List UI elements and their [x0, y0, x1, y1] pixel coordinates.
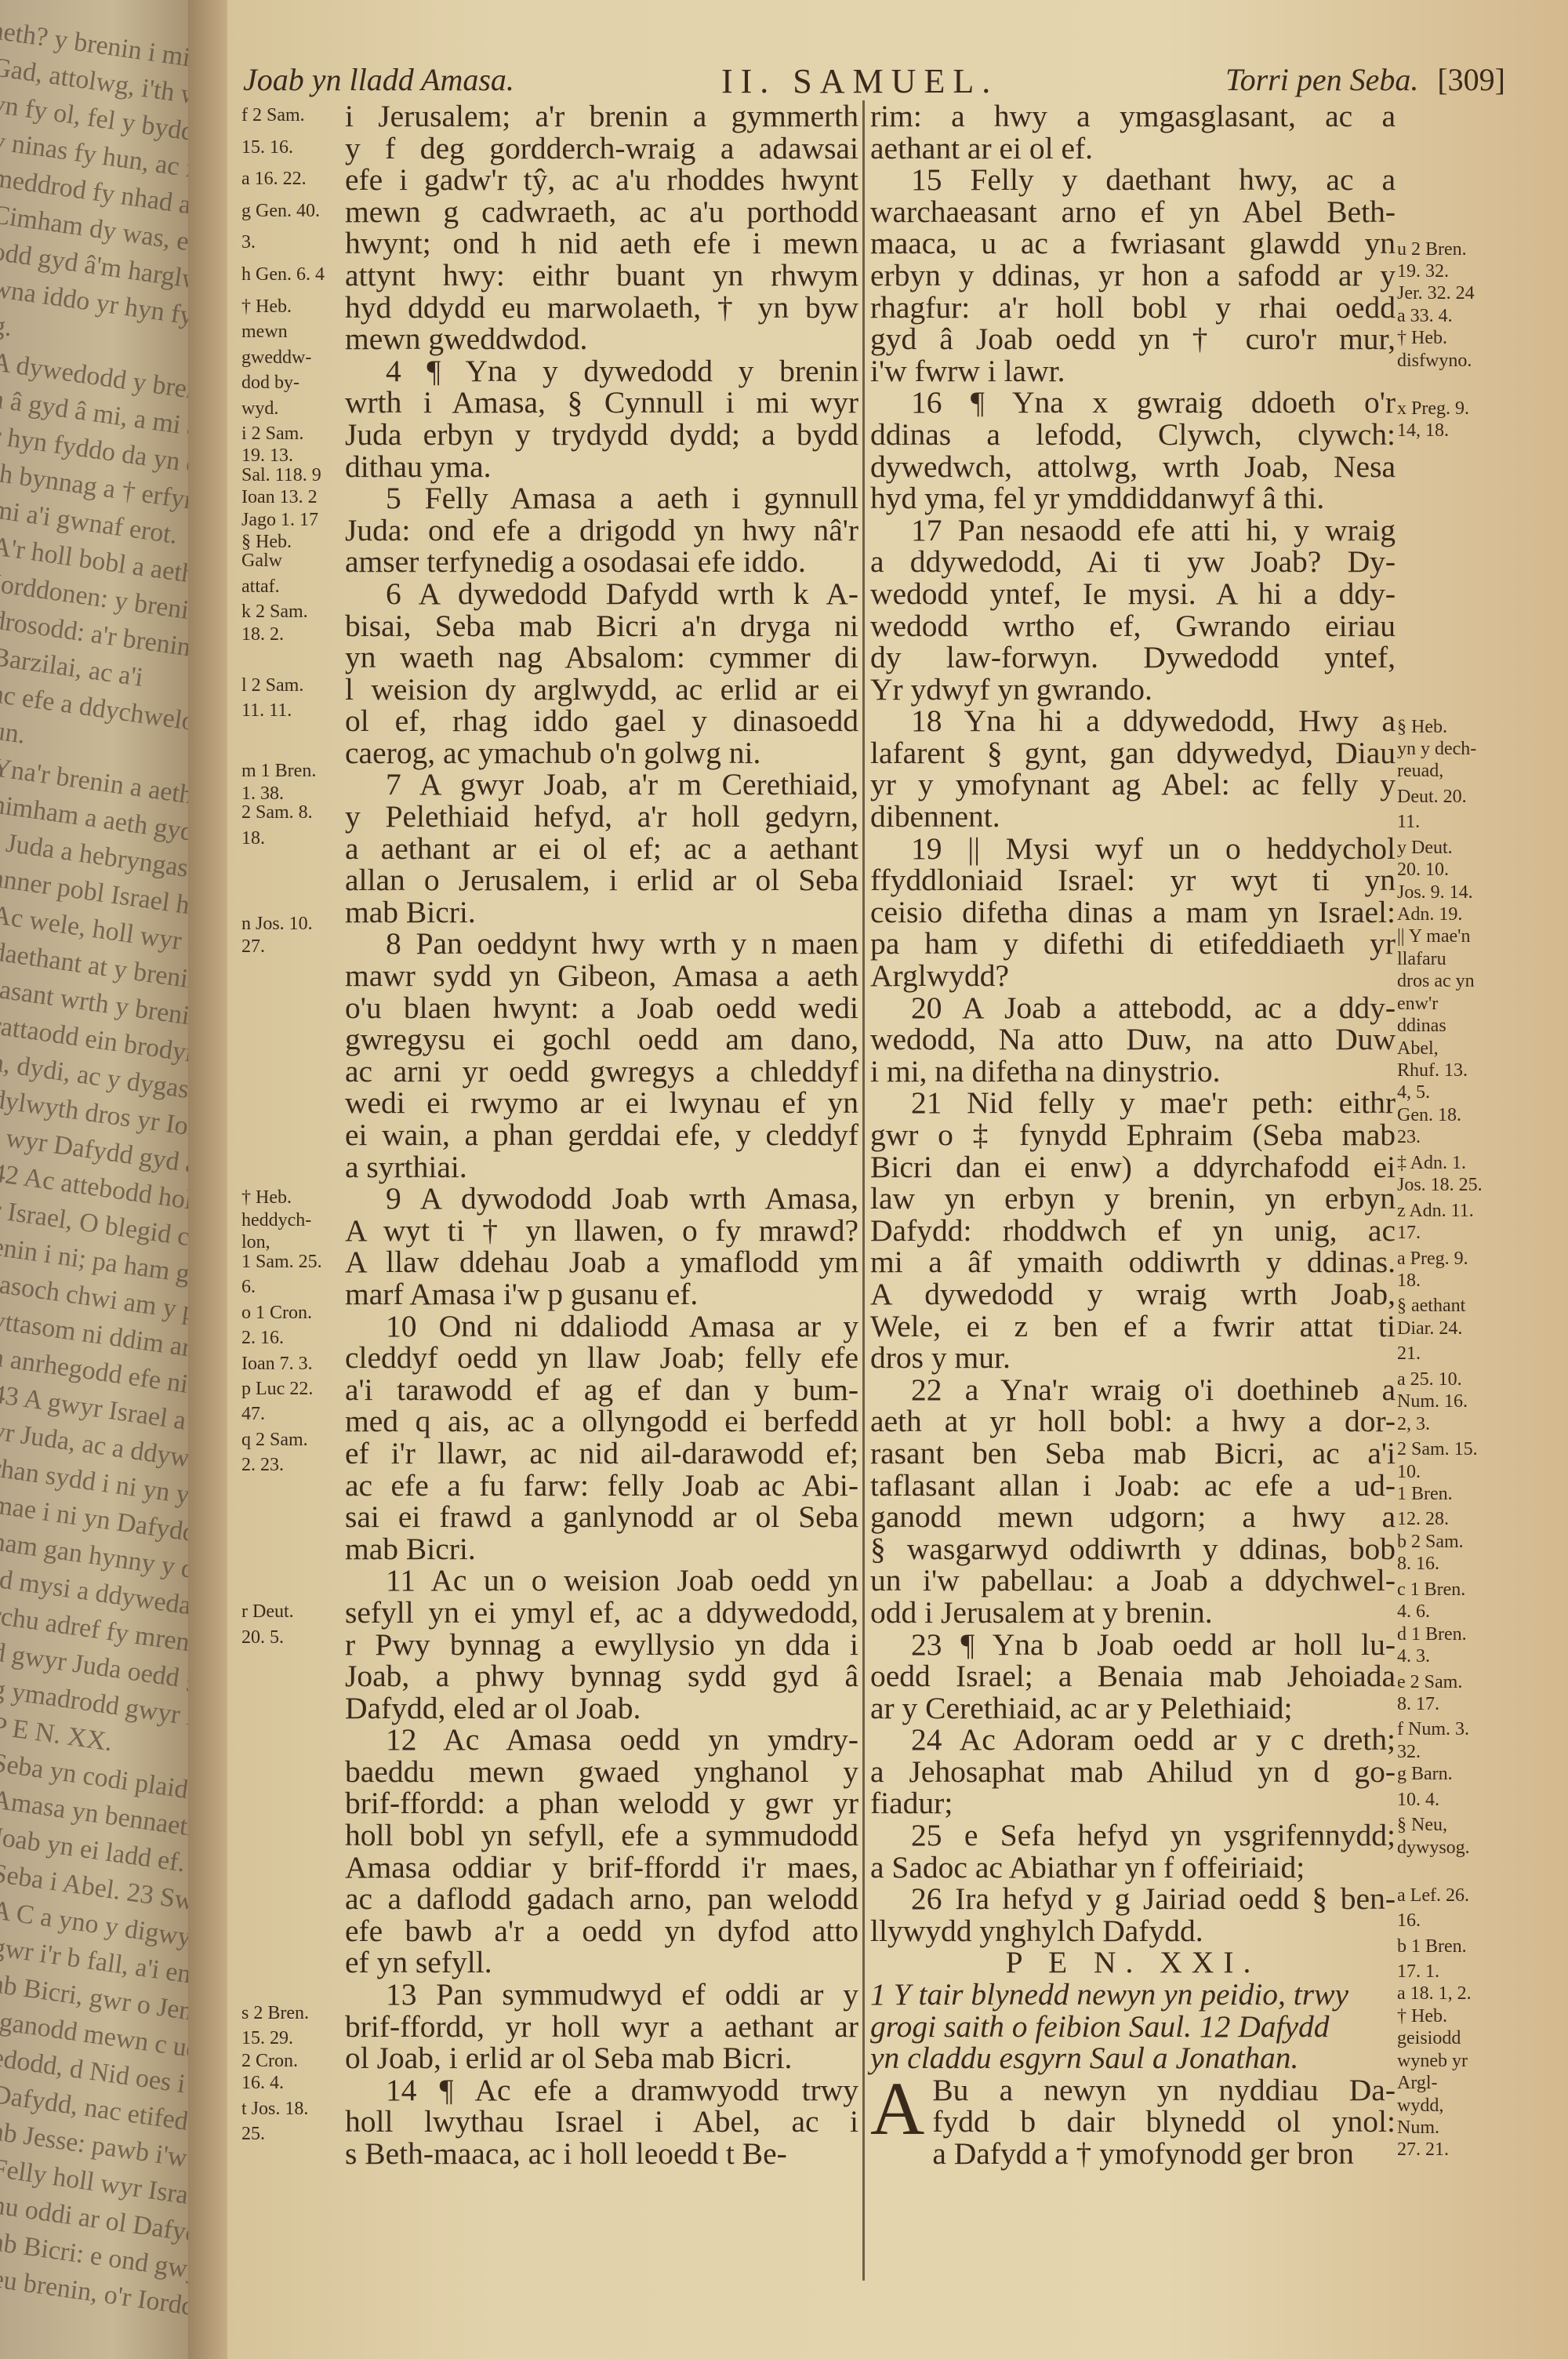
margin-reference: 16. — [1397, 1912, 1421, 1931]
text-line: gwregysu ei gochl oedd am dano, — [345, 1023, 858, 1056]
margin-reference: g Barn. — [1397, 1765, 1453, 1784]
margin-reference: 17. 1. — [1397, 1963, 1439, 1982]
text-line: ac a daflodd gadach arno, pan welodd — [345, 1883, 858, 1915]
text-line: fydd b dair blynedd ol ynol: — [870, 2106, 1396, 2138]
text-line: 23 ¶ Yna b Joab oedd ar holl lu- — [870, 1629, 1396, 1661]
text-line: 5 Felly Amasa a aeth i gynnull — [345, 482, 858, 514]
margin-reference: wyd. — [241, 400, 278, 419]
margin-reference: a 16. 22. — [241, 170, 307, 189]
margin-reference: mewn — [241, 323, 288, 342]
text-line: 6 A dywedodd Dafydd wrth k A- — [345, 578, 858, 610]
chapter-heading: P E N. XXI. — [870, 1946, 1396, 1979]
margin-reference: 17. — [1397, 1224, 1421, 1243]
margin-reference: 6. — [241, 1278, 256, 1297]
summary-line: grogi saith o feibion Saul. 12 Dafydd — [870, 2011, 1396, 2043]
text-line: wrth i Amasa, § Cynnull i mi wyr — [345, 387, 858, 419]
margin-reference: a 33. 4. — [1397, 307, 1453, 326]
text-line: A llaw ddehau Joab a ymaflodd ym — [345, 1246, 858, 1278]
text-line: maaca, u ac a fwriasant glawdd yn — [870, 227, 1396, 260]
margin-reference: llafaru — [1397, 951, 1446, 969]
margin-reference: geisiodd — [1397, 2030, 1461, 2048]
margin-reference: 15. 29. — [241, 2030, 293, 2048]
margin-reference: 18. 2. — [241, 626, 284, 645]
margin-reference: d 1 Bren. — [1397, 1626, 1467, 1645]
margin-reference: i 2 Sam. — [241, 425, 303, 444]
margin-reference: m 1 Bren. — [241, 762, 316, 781]
text-line: o'u blaen hwynt: a Joab oedd wedi — [345, 992, 858, 1024]
margin-reference: 2 Sam. 15. — [1397, 1441, 1478, 1459]
margin-reference: Diar. 24. — [1397, 1320, 1462, 1339]
text-line: brif-ffordd: a phan welodd y gwr yr — [345, 1787, 858, 1819]
margin-reference: 20. 5. — [241, 1629, 284, 1648]
margin-reference: 8. 16. — [1397, 1555, 1439, 1574]
margin-reference: k 2 Sam. — [241, 603, 308, 622]
text-line: 11 Ac un o weision Joab oedd yn — [345, 1565, 858, 1597]
text-line: 10 Ond ni ddaliodd Amasa ar y — [345, 1310, 858, 1343]
text-line: rim: a hwy a ymgasglasant, ac a — [870, 100, 1396, 133]
text-line: 19 || Mysi wyf un o heddychol — [870, 833, 1396, 865]
margin-reference: 2 Sam. 8. — [241, 804, 313, 823]
text-line: odd i Jerusalem at y brenin. — [870, 1597, 1396, 1629]
text-line: Bu a newyn yn nyddiau Da- — [870, 2074, 1396, 2106]
margin-reference: Adn. 19. — [1397, 906, 1462, 925]
margin-reference: c 1 Bren. — [1397, 1581, 1465, 1600]
margin-reference: 11. 11. — [241, 702, 292, 721]
text-line: 9 A dywododd Joab wrth Amasa, — [345, 1183, 858, 1215]
margin-reference: Gen. 18. — [1397, 1107, 1461, 1125]
text-line: allan o Jerusalem, i erlid ar ol Seba — [345, 864, 858, 896]
text-line: taflasant allan i Joab: ac efe a ud- — [870, 1470, 1396, 1502]
text-line: gyd â Joab oedd yn † curo'r mur, — [870, 323, 1396, 355]
margin-reference: Rhuf. 13. — [1397, 1062, 1468, 1081]
margin-reference: 18. — [241, 830, 265, 849]
margin-reference: Deut. 20. — [1397, 788, 1467, 807]
text-line: cleddyf oedd yn llaw Joab; felly efe — [345, 1342, 858, 1374]
book-title: II. SAMUEL. — [721, 61, 998, 101]
text-line: erbyn y ddinas, yr hon a safodd ar y — [870, 260, 1396, 292]
margin-reference: gweddw- — [241, 349, 311, 368]
margin-reference: 10. — [1397, 1463, 1421, 1482]
text-line: Joab, a phwy bynnag sydd gyd â — [345, 1660, 858, 1692]
text-line: warchaeasant arno ef yn Abel Beth- — [870, 196, 1396, 228]
right-column-text: rim: a hwy a ymgasglasant, ac aaethant a… — [870, 100, 1396, 2170]
chapter-summary: 1 Y tair blynedd newyn yn peidio, trwygr… — [870, 1979, 1396, 2074]
margin-reference: wyneb yr — [1397, 2052, 1468, 2071]
margin-reference: 2. 16. — [241, 1329, 284, 1348]
margin-reference: 1 Bren. — [1397, 1485, 1453, 1504]
facing-page-line: g. — [0, 311, 14, 343]
text-line: l weision dy arglwydd, ac erlid ar ei — [345, 674, 858, 706]
text-line: Juda: ond efe a drigodd yn hwy nâ'r — [345, 514, 858, 547]
margin-reference: reuad, — [1397, 762, 1443, 781]
margin-reference: 47. — [241, 1405, 265, 1424]
margin-reference: Abel, — [1397, 1040, 1439, 1059]
margin-reference: § Heb. — [241, 533, 292, 552]
text-line: a ddywedodd, Ai ti yw Joab? Dy- — [870, 546, 1396, 578]
text-line: Juda erbyn y trydydd dydd; a bydd — [345, 419, 858, 451]
margin-reference: dywysog. — [1397, 1839, 1470, 1858]
text-line: holl bobl yn sefyll, efe a symmudodd — [345, 1819, 858, 1852]
margin-reference: dros ac yn — [1397, 972, 1475, 991]
text-line: dywedwch, attolwg, wrth Joab, Nesa — [870, 451, 1396, 483]
text-line: y Pelethiaid hefyd, a'r holl gedyrn, — [345, 801, 858, 833]
text-line: 20 A Joab a attebodd, ac a ddy- — [870, 992, 1396, 1024]
margin-reference: † Heb. — [241, 1189, 292, 1208]
text-line: 25 e Sefa hefyd yn ysgrifennydd; — [870, 1819, 1396, 1852]
chapter-opening: A Bu a newyn yn nyddiau Da-fydd b dair b… — [870, 2074, 1396, 2170]
margin-reference: ddinas — [1397, 1017, 1446, 1036]
text-line: dithau yma. — [345, 451, 858, 483]
margin-reference: 32. — [1397, 1743, 1421, 1762]
margin-reference: 4, 5. — [1397, 1084, 1430, 1103]
margin-reference: 19. 13. — [241, 447, 293, 466]
margin-reference: 1. 38. — [241, 785, 284, 804]
text-line: a Sadoc ac Abiathar yn f offeiriaid; — [870, 1852, 1396, 1884]
text-line: 22 a Yna'r wraig o'i doethineb a — [870, 1374, 1396, 1406]
text-line: wedi ei rwymo ar ei lwynau ef yn — [345, 1087, 858, 1119]
text-line: dibennent. — [870, 801, 1396, 833]
margin-reference: 2, 3. — [1397, 1416, 1430, 1434]
margin-reference: t Jos. 18. — [241, 2100, 308, 2119]
margin-reference: a 18. 1, 2. — [1397, 1985, 1472, 2004]
text-line: 16 ¶ Yna x gwraig ddoeth o'r — [870, 387, 1396, 419]
margin-reference: l 2 Sam. — [241, 677, 303, 696]
text-line: hyd yma, fel yr ymddiddanwyf â thi. — [870, 482, 1396, 514]
text-line: law yn erbyn y brenin, yn erbyn — [870, 1183, 1396, 1215]
text-line: 8 Pan oeddynt hwy wrth y n maen — [345, 928, 858, 960]
text-line: rhagfur: a'r holl bobl y rhai oedd — [870, 292, 1396, 324]
margin-reference: f 2 Sam. — [241, 107, 305, 125]
text-line: ol ef, rhag iddo gael y dinasoedd — [345, 705, 858, 737]
margin-reference: § aethant — [1397, 1297, 1465, 1316]
margin-reference: 15. 16. — [241, 139, 293, 158]
text-line: mewn g cadwraeth, ac a'u porthodd — [345, 196, 858, 228]
drop-cap: A — [870, 2077, 924, 2140]
text-line: 24 Ac Adoram oedd ar y c dreth; — [870, 1724, 1396, 1756]
margin-reference: z Adn. 11. — [1397, 1202, 1474, 1221]
text-line: i'w fwrw i lawr. — [870, 355, 1396, 387]
text-line: Yr ydwyf yn gwrando. — [870, 674, 1396, 706]
facing-page-line: un. — [0, 716, 27, 751]
margin-reference: † Heb. — [241, 298, 292, 317]
text-line: 12 Ac Amasa oedd yn ymdry- — [345, 1724, 858, 1756]
margin-reference: 27. — [241, 938, 265, 957]
margin-reference: Ioan 13. 2 — [241, 489, 318, 507]
text-line: rasant ben Seba mab Bicri, ac a'i — [870, 1438, 1396, 1470]
text-line: efe bawb a'r a oedd yn dyfod atto — [345, 1915, 858, 1947]
margin-reference: s 2 Bren. — [241, 2005, 309, 2023]
text-line: s Beth-maaca, ac i holl leoedd t Be- — [345, 2138, 858, 2170]
text-line: amser terfynedig a osodasai efe iddo. — [345, 546, 858, 578]
text-line: 21 Nid felly y mae'r peth: eithr — [870, 1087, 1396, 1119]
text-line: pa ham y difethi di etifeddiaeth yr — [870, 928, 1396, 960]
text-line: 7 A gwyr Joab, a'r m Cerethiaid, — [345, 769, 858, 801]
text-line: mab Bicri. — [345, 1533, 858, 1565]
text-line: i Jerusalem; a'r brenin a gymmerth — [345, 100, 858, 133]
text-line: yr y ymofynant ag Abel: ac felly y — [870, 769, 1396, 801]
margin-reference: u 2 Bren. — [1397, 241, 1467, 260]
margin-reference: Jago 1. 17 — [241, 511, 318, 530]
margin-reference: q 2 Sam. — [241, 1431, 308, 1450]
text-line: lafarent § gynt, gan ddywedyd, Diau — [870, 737, 1396, 769]
margin-reference: n Jos. 10. — [241, 915, 313, 934]
facing-page: aeth? y brenin i mi gyfrywGad, attolwg, … — [0, 0, 188, 2359]
margin-reference: 11. — [1397, 813, 1420, 832]
text-line: Dafydd, eled ar ol Joab. — [345, 1692, 858, 1725]
text-line: 18 Yna hi a ddywedodd, Hwy a — [870, 705, 1396, 737]
margin-reference: dod by- — [241, 374, 299, 393]
text-line: ganodd mewn udgorn; a hwy a — [870, 1501, 1396, 1533]
text-line: Dafydd: rhoddwch ef yn unig, ac — [870, 1215, 1396, 1247]
margin-reference: Galw — [241, 552, 282, 571]
text-line: hyd ddydd eu marwolaeth, † yn byw — [345, 292, 858, 324]
right-column-verses: rim: a hwy a ymgasglasant, ac aaethant a… — [870, 100, 1396, 1946]
margin-reference: lon, — [241, 1234, 270, 1252]
text-line: A dywedodd y wraig wrth Joab, — [870, 1278, 1396, 1310]
margin-reference: Jer. 32. 24 — [1397, 285, 1475, 304]
margin-reference: 20. 10. — [1397, 861, 1449, 880]
text-line: ef yn sefyll. — [345, 1946, 858, 1979]
text-line: 15 Felly y daethant hwy, ac a — [870, 164, 1396, 196]
text-line: aethant ar ei ol ef. — [870, 133, 1396, 165]
margin-reference: r Deut. — [241, 1603, 294, 1622]
margin-reference: Ioan 7. 3. — [241, 1355, 313, 1374]
text-line: dy law-forwyn. Dywedodd yntef, — [870, 642, 1396, 674]
text-line: fiadur; — [870, 1787, 1396, 1819]
margin-reference: Num. 16. — [1397, 1393, 1468, 1412]
text-line: oedd Israel; a Benaia mab Jehoiada — [870, 1660, 1396, 1692]
margin-reference: a Preg. 9. — [1397, 1250, 1468, 1269]
text-line: aeth at yr holl bobl: a hwy a dor- — [870, 1405, 1396, 1438]
text-line: a syrthiai. — [345, 1151, 858, 1183]
text-line: 14 ¶ Ac efe a dramwyodd trwy — [345, 2074, 858, 2106]
running-head-right-title: Torri pen Seba. — [1225, 62, 1418, 97]
text-line: hwynt; ond h nid aeth efe i mewn — [345, 227, 858, 260]
text-line: un i'w pabellau: a Joab a ddychwel- — [870, 1565, 1396, 1597]
facing-page-line: ac efe a ddychwelodd — [0, 679, 188, 741]
margin-reference: 14, 18. — [1397, 422, 1449, 441]
text-line: 4 ¶ Yna y dywedodd y brenin — [345, 355, 858, 387]
margin-reference: || Y mae'n — [1397, 928, 1470, 947]
text-line: r Pwy bynnag a ewyllysio yn dda i — [345, 1629, 858, 1661]
margin-reference: a Lef. 26. — [1397, 1887, 1469, 1906]
margin-reference: 23. — [1397, 1129, 1421, 1147]
margin-reference: b 1 Bren. — [1397, 1938, 1467, 1957]
margin-reference: Jos. 18. 25. — [1397, 1176, 1483, 1195]
margin-reference: heddych- — [241, 1212, 311, 1230]
margin-reference: 21. — [1397, 1345, 1421, 1364]
margin-reference: p Luc 22. — [241, 1380, 313, 1399]
text-line: ol Joab, i erlid ar ol Seba mab Bicri. — [345, 2042, 858, 2074]
left-column-text: i Jerusalem; a'r brenin a gymmerthy f de… — [345, 100, 858, 2170]
text-line: yn waeth nag Absalom: cymmer di — [345, 642, 858, 674]
text-line: efe i gadw'r tŷ, ac a'u rhoddes hwynt — [345, 164, 858, 196]
margin-reference: h Gen. 6. 4 — [241, 266, 325, 285]
text-line: med q ais, ac a ollyngodd ei berfedd — [345, 1405, 858, 1438]
text-line: caerog, ac ymachub o'n golwg ni. — [345, 737, 858, 769]
margin-reference: 25. — [241, 2125, 265, 2144]
text-line: Wele, ei z ben ef a fwrir attat ti — [870, 1310, 1396, 1343]
text-line: bisai, Seba mab Bicri a'n dryga ni — [345, 610, 858, 642]
margin-reference: o 1 Cron. — [241, 1304, 312, 1323]
margin-reference: Jos. 9. 14. — [1397, 884, 1473, 903]
running-head-left: Joab yn lladd Amasa. — [243, 61, 514, 98]
text-line: ef i'r llawr, ac nid ail-darawodd ef; — [345, 1438, 858, 1470]
column-rule — [862, 100, 865, 2281]
text-line: ddinas a lefodd, Clywch, clywch: — [870, 419, 1396, 451]
margin-reference: 1 Sam. 25. — [241, 1253, 322, 1272]
text-line: ac efe a fu farw: felly Joab ac Abi- — [345, 1470, 858, 1502]
margin-reference: § Neu, — [1397, 1816, 1447, 1835]
text-line: ffyddloniaid Israel: yr wyt ti yn — [870, 864, 1396, 896]
margin-reference: 2 Cron. — [241, 2052, 298, 2071]
text-line: A wyt ti † yn llawen, o fy mrawd? — [345, 1215, 858, 1247]
margin-reference: disfwyno. — [1397, 352, 1472, 371]
text-line: y f deg gordderch-wraig a adawsai — [345, 133, 858, 165]
margin-reference: † Heb. — [1397, 329, 1447, 348]
margin-reference: ‡ Adn. 1. — [1397, 1154, 1466, 1173]
text-line: a'i tarawodd ef ag ef dan y bum- — [345, 1374, 858, 1406]
margin-reference: yn y dech- — [1397, 740, 1476, 759]
margin-reference: attaf. — [241, 578, 280, 597]
text-line: ei wain, a phan gerddai efe, y cleddyf — [345, 1119, 858, 1151]
margin-reference: f Num. 3. — [1397, 1721, 1469, 1739]
summary-line: 1 Y tair blynedd newyn yn peidio, trwy — [870, 1979, 1396, 2011]
text-line: Bicri dan ei enw) a ddyrchafodd ei — [870, 1151, 1396, 1183]
text-line: a Dafydd a † ymofynodd ger bron — [870, 2138, 1396, 2170]
margin-reference: 10. 4. — [1397, 1791, 1439, 1810]
margin-reference: Sal. 118. 9 — [241, 467, 321, 485]
summary-line: yn claddu esgyrn Saul a Jonathan. — [870, 2042, 1396, 2074]
text-line: brif-ffordd, yr holl wyr a aethant ar — [345, 2011, 858, 2043]
text-line: gwr o ‡ fynydd Ephraim (Seba mab — [870, 1119, 1396, 1151]
text-line: ceisio difetha dinas a mam yn Israel: — [870, 896, 1396, 929]
margin-reference: Num. — [1397, 2119, 1439, 2138]
margin-reference: enw'r — [1397, 995, 1438, 1014]
text-line: ar y Cerethiaid, ac ar y Pelethiaid; — [870, 1692, 1396, 1725]
margin-reference: e 2 Sam. — [1397, 1674, 1462, 1692]
margin-reference: 4. 6. — [1397, 1603, 1430, 1622]
text-line: § wasgarwyd oddiwrth y ddinas, bob — [870, 1533, 1396, 1565]
margin-reference: 8. 17. — [1397, 1696, 1439, 1714]
margin-reference: 3. — [241, 234, 256, 253]
margin-reference: wydd, — [1397, 2097, 1443, 2116]
margin-reference: 16. 4. — [241, 2074, 284, 2093]
text-line: baeddu mewn gwaed ynghanol y — [345, 1756, 858, 1788]
margin-reference: 18. — [1397, 1272, 1421, 1291]
text-line: marf Amasa i'w p gusanu ef. — [345, 1278, 858, 1310]
margin-reference: 12. 28. — [1397, 1510, 1449, 1529]
text-line: dros y mur. — [870, 1342, 1396, 1374]
margin-reference: 27. 21. — [1397, 2141, 1449, 2160]
text-line: attynt hwy: eithr buant yn rhwym — [345, 260, 858, 292]
text-line: holl lwythau Israel i Abel, ac i — [345, 2106, 858, 2138]
text-line: mewn gweddwdod. — [345, 323, 858, 355]
text-line: a aethant ar ei ol ef; ac a aethant — [345, 833, 858, 865]
running-head-right: Torri pen Seba. [309] — [1225, 61, 1505, 98]
margin-reference: 2. 23. — [241, 1456, 284, 1475]
text-line: ac arni yr oedd gwregys a chleddyf — [345, 1056, 858, 1088]
text-line: sai ei frawd a ganlynodd ar ol Seba — [345, 1501, 858, 1533]
text-line: mi a âf ymaith oddiwrth y ddinas. — [870, 1246, 1396, 1278]
text-line: mab Bicri. — [345, 896, 858, 929]
text-line: llywydd ynghylch Dafydd. — [870, 1915, 1396, 1947]
margin-reference: 4. 3. — [1397, 1648, 1430, 1667]
text-line: 17 Pan nesaodd efe atti hi, y wraig — [870, 514, 1396, 547]
text-line: 13 Pan symmudwyd ef oddi ar y — [345, 1979, 858, 2011]
text-line: a Jehosaphat mab Ahilud yn d go- — [870, 1756, 1396, 1788]
text-line: 26 Ira hefyd y g Jairiad oedd § ben- — [870, 1883, 1396, 1915]
margin-reference: § Heb. — [1397, 718, 1447, 737]
margin-reference: Argl- — [1397, 2074, 1438, 2093]
margin-reference: 19. 32. — [1397, 263, 1449, 282]
text-line: wedodd wrtho ef, Gwrando eiriau — [870, 610, 1396, 642]
text-line: i mi, na difetha na dinystrio. — [870, 1056, 1396, 1088]
page-number: [309] — [1437, 62, 1505, 97]
text-line: Arglwydd? — [870, 960, 1396, 992]
margin-reference: g Gen. 40. — [241, 202, 320, 221]
margin-reference: b 2 Sam. — [1397, 1533, 1464, 1552]
margin-reference: a 25. 10. — [1397, 1371, 1462, 1390]
text-line: wedodd yntef, Ie mysi. A hi a ddy- — [870, 578, 1396, 610]
margin-reference: † Heb. — [1397, 2008, 1447, 2026]
margin-reference: x Preg. 9. — [1397, 400, 1469, 419]
margin-reference: y Deut. — [1397, 839, 1453, 858]
text-line: Amasa oddiar y brif-ffordd i'r maes, — [345, 1852, 858, 1884]
text-line: mawr sydd yn Gibeon, Amasa a aeth — [345, 960, 858, 992]
text-line: wedodd, Na atto Duw, na atto Duw — [870, 1023, 1396, 1056]
text-line: sefyll yn ei ymyl ef, ac a ddywedodd, — [345, 1597, 858, 1629]
